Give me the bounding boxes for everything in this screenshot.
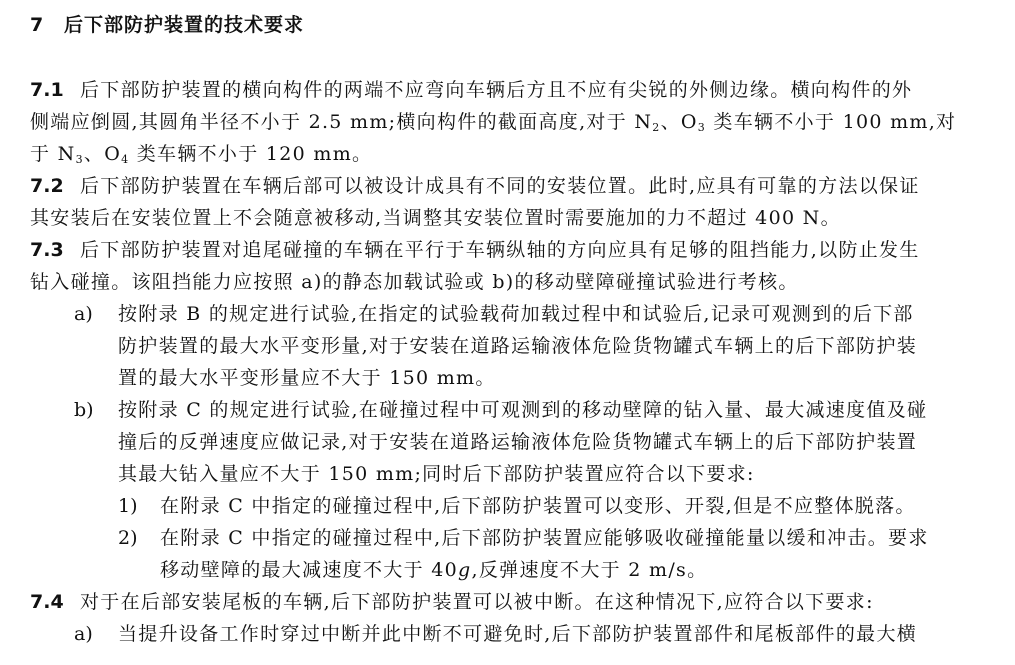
sub-2-line-1: 在附录 C 中指定的碰撞过程中,后下部防护装置应能够吸收碰撞能量以缓和冲击。要求	[160, 526, 929, 550]
text-run: 移动壁障的最大减速度不大于 40	[160, 559, 458, 581]
sub-2-line-2: 移动壁障的最大减速度不大于 40g,反弹速度不大于 2 m/s。	[160, 558, 707, 582]
list-label-b: b)	[74, 398, 94, 422]
clause-number: 7.1	[30, 78, 80, 102]
clause-7-1-line-3: 于 N3、O4 类车辆不小于 120 mm。	[30, 142, 372, 166]
item-a-line-2: 防护装置的最大水平变形量,对于安装在道路运输液体危险货物罐式车辆上的后下部防护装	[118, 334, 917, 358]
sublist-label-1: 1)	[118, 494, 138, 518]
clause-7-1-line-2: 侧端应倒圆,其圆角半径不小于 2.5 mm;横向构件的截面高度,对于 N2、O3…	[30, 110, 956, 134]
clause-number: 7.4	[30, 590, 80, 614]
clause-7-2-line-2: 其安装后在安装位置上不会随意被移动,当调整其安装位置时需要施加的力不超过 400…	[30, 206, 841, 230]
clause-7-1-line-1: 7.1后下部防护装置的横向构件的两端不应弯向车辆后方且不应有尖锐的外侧边缘。横向…	[30, 78, 912, 102]
sublist-label-2: 2)	[118, 526, 138, 550]
clause-number: 7.2	[30, 174, 80, 198]
section-heading: 7后下部防护装置的技术要求	[30, 10, 304, 37]
italic-symbol: g	[458, 559, 471, 581]
text-run: 类车辆不小于 100 mm,对	[706, 111, 956, 133]
sub-1-line-1: 在附录 C 中指定的碰撞过程中,后下部防护装置可以变形、开裂,但是不应整体脱落。	[160, 494, 916, 518]
clause-7-4-item-a-line-1: 当提升设备工作时穿过中断并此中断不可避免时,后下部防护装置部件和尾板部件的最大横	[118, 622, 917, 646]
item-b-line-2: 撞后的反弹速度应做记录,对于安装在道路运输液体危险货物罐式车辆上的后下部防护装置	[118, 430, 917, 454]
text-run: ,反弹速度不大于 2 m/s。	[472, 559, 708, 581]
document-page: 7后下部防护装置的技术要求 7.1后下部防护装置的横向构件的两端不应弯向车辆后方…	[0, 0, 1015, 665]
text-run: 、O	[661, 111, 698, 133]
section-number: 7	[30, 14, 64, 36]
text-run: 侧端应倒圆,其圆角半径不小于 2.5 mm;横向构件的截面高度,对于 N	[30, 111, 652, 133]
subscript: 2	[652, 121, 660, 134]
list-label-a: a)	[74, 622, 93, 646]
clause-text: 后下部防护装置对追尾碰撞的车辆在平行于车辆纵轴的方向应具有足够的阻挡能力,以防止…	[80, 239, 920, 261]
item-a-line-3: 置的最大水平变形量应不大于 150 mm。	[118, 366, 496, 390]
list-label-a: a)	[74, 302, 93, 326]
clause-7-4-line-1: 7.4对于在后部安装尾板的车辆,后下部防护装置可以被中断。在这种情况下,应符合以…	[30, 590, 874, 614]
clause-text: 对于在后部安装尾板的车辆,后下部防护装置可以被中断。在这种情况下,应符合以下要求…	[80, 591, 874, 613]
clause-number: 7.3	[30, 238, 80, 262]
item-a-line-1: 按附录 B 的规定进行试验,在指定的试验载荷加载过程中和试验后,记录可观测到的后…	[118, 302, 914, 326]
clause-7-2-line-1: 7.2后下部防护装置在车辆后部可以被设计成具有不同的安装位置。此时,应具有可靠的…	[30, 174, 920, 198]
subscript: 3	[76, 153, 84, 166]
clause-text: 后下部防护装置在车辆后部可以被设计成具有不同的安装位置。此时,应具有可靠的方法以…	[80, 175, 920, 197]
clause-7-3-line-2: 钻入碰撞。该阻挡能力应按照 a)的静态加载试验或 b)的移动壁障碰撞试验进行考核…	[30, 270, 799, 294]
text-run: 于 N	[30, 143, 76, 165]
subscript: 3	[698, 121, 706, 134]
text-run: 类车辆不小于 120 mm。	[129, 143, 372, 165]
text-run: 、O	[84, 143, 121, 165]
clause-7-3-line-1: 7.3后下部防护装置对追尾碰撞的车辆在平行于车辆纵轴的方向应具有足够的阻挡能力,…	[30, 238, 920, 262]
section-title: 后下部防护装置的技术要求	[64, 14, 304, 36]
item-b-line-1: 按附录 C 的规定进行试验,在碰撞过程中可观测到的移动壁障的钻入量、最大减速度值…	[118, 398, 927, 422]
item-b-line-3: 其最大钻入量应不大于 150 mm;同时后下部防护装置应符合以下要求:	[118, 462, 755, 486]
clause-text: 后下部防护装置的横向构件的两端不应弯向车辆后方且不应有尖锐的外侧边缘。横向构件的…	[80, 79, 912, 101]
